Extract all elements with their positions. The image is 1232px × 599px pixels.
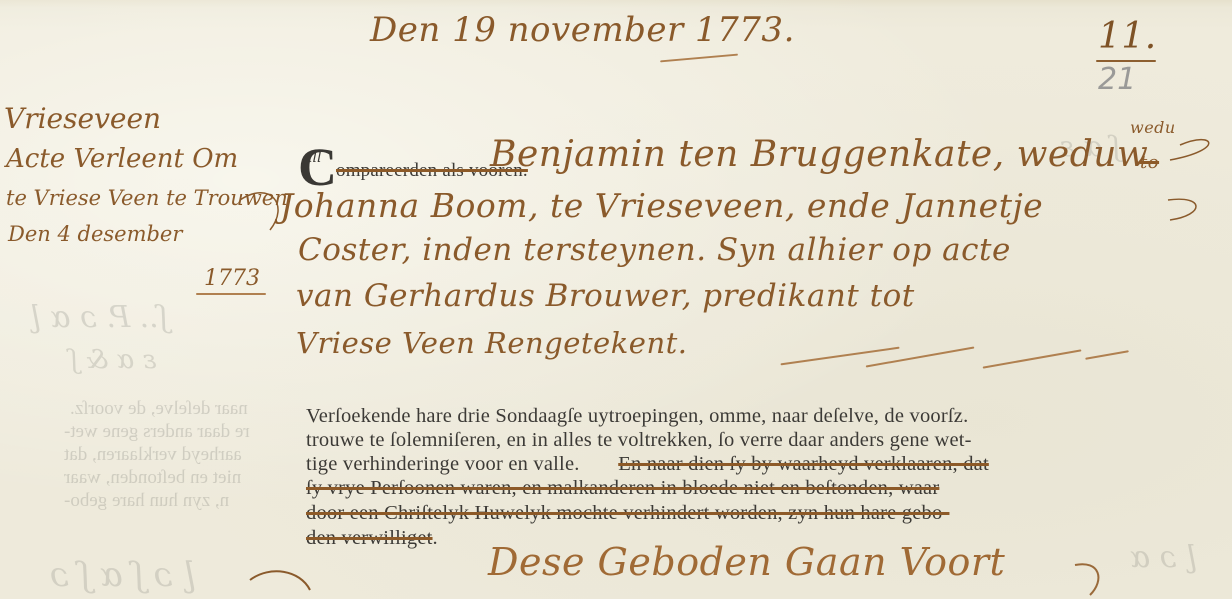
printed-formula-line: trouwe te ſolemniſeren, en in alles te v… [306,429,972,452]
bleed-through-line: niet en beſtonden, waar [64,467,241,489]
margin-note-line: Vrieseveen [4,102,161,135]
margin-note-line: Den 4 desember [8,222,182,246]
date-underline [660,54,738,62]
entry-line-bride: Coster, inden tersteynen. Syn alhier op … [298,232,1011,268]
bleed-through-line: naar deſelve, de voorſz. [70,398,248,420]
bleed-through-handwriting: ɭ ɔ ɑ [1130,540,1197,575]
date-heading: Den 19 november 1773. [370,10,795,50]
printed-formula-line-struck: door een Chriſtelyk Huwelyk mochte verhi… [306,502,949,525]
printed-text-struck: En naar dien ſy by waarheyd verklaaren, … [618,453,989,475]
printed-formula-line: den verwilliget. [306,527,438,550]
entry-line-groom: Benjamin ten Bruggenkate, weduw [490,134,1148,175]
manuscript-page: naar deſelve, de voorſz. re daar anders … [0,0,1232,599]
superscript-insertion: wedu [1130,118,1176,137]
folio-number-pencil: 21 [1098,62,1136,97]
bleed-through-line: aarheyd verklaaren, dat [64,444,242,466]
printed-text-plain: tige verhinderinge voor en valle. [306,453,580,475]
printed-formula-line-struck: ſy vrye Perſoonen waren, en malkanderen … [306,477,939,500]
bleed-through-handwriting: ɭ ɔ ʃ ɑ ʃ ɔ [50,555,196,595]
printed-formula-line: Verſoekende hare drie Sondaagſe uytroepi… [306,405,968,428]
struck-word: to [1140,152,1159,173]
bleed-through-line: n, zyn hun hare gebo- [64,490,229,512]
printed-text-plain: . [433,527,438,549]
entry-line-previous-spouse: Johanna Boom, te Vrieseveen, ende Jannet… [280,186,1043,225]
margin-note-line: Acte Verleent Om [6,144,238,174]
margin-note-line: te Vriese Veen te Trouwen [6,186,288,210]
folio-number-ink: 11. [1098,16,1157,57]
margin-year-underline [196,293,266,295]
bleed-through-line: re daar anders gene wet- [64,421,250,443]
printed-text-struck: den verwilliget [306,527,433,549]
fill-stroke [983,349,1082,368]
bleed-through-handwriting: ɛ ɑ & ʃ [70,345,157,375]
fill-stroke [1085,350,1129,359]
closing-note: Dese Geboden Gaan Voort [488,540,1005,584]
margin-note-line: 1773 [204,266,260,291]
entry-line-signed: Vriese Veen Rengetekent. [296,326,688,360]
drop-cap-ornament: ill [308,150,321,166]
bleed-through-handwriting: ʃ.. P. ɔ ɑ ɭ [30,300,167,335]
entry-line-officiant: van Gerhardus Brouwer, predikant tot [296,278,915,314]
printed-formula-line: tige verhinderinge voor en valle. En naa… [306,453,989,476]
